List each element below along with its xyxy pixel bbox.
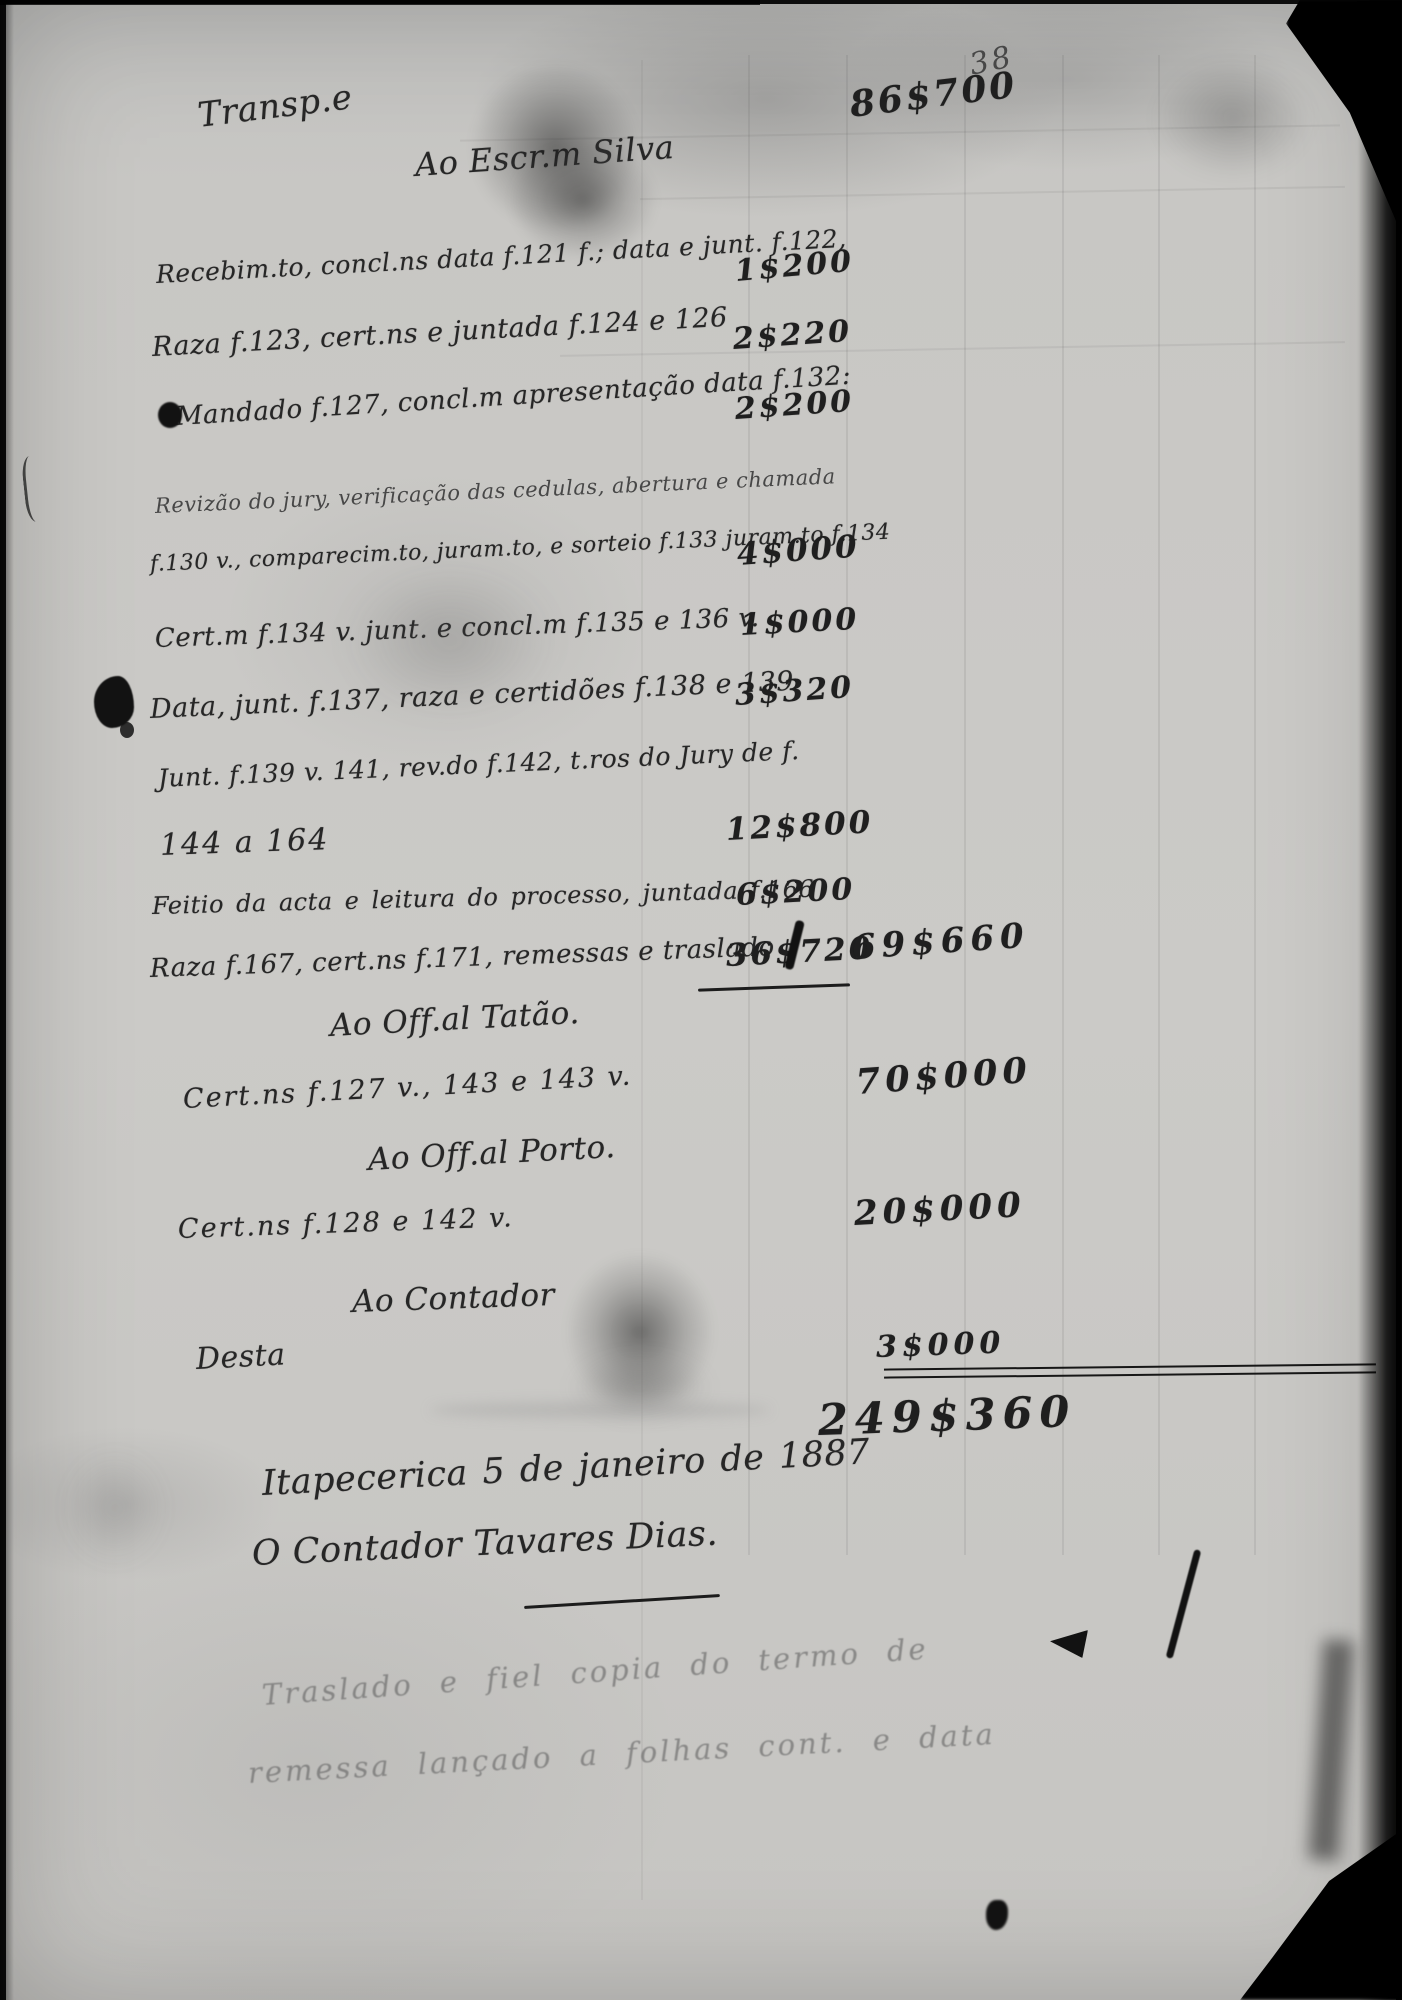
column-rule [1254,55,1256,1555]
ink-smudge [545,1342,735,1432]
column-rule [1062,55,1064,1555]
ink-blot [158,402,182,428]
scan-edge-right [1358,0,1402,2000]
scan-edge-top [0,0,760,5]
scanned-ledger-page: 38 Transp.e 86$700 Ao Escr.m Silva Receb… [0,0,1402,2000]
column-rule [1158,55,1160,1555]
ink-smudge [310,540,590,740]
ink-smudge [1128,38,1338,198]
section-heading-contador: Ao Contador [351,1277,555,1320]
ink-smudge [430,1402,770,1418]
ink-smudge [508,140,658,260]
entry-amount: 6$200 [735,872,856,913]
scan-edge-left [0,0,14,2000]
ink-blot [120,722,134,738]
ink-blot [94,676,134,728]
entry-amount: 3$000 [875,1325,1006,1364]
entry-amount: 12$800 [725,804,874,848]
entry-text: Desta [195,1337,286,1377]
ink-smudge [55,1438,175,1578]
entry-text: 144 a 164 [159,822,330,863]
entry-amount: 1$000 [739,602,860,643]
